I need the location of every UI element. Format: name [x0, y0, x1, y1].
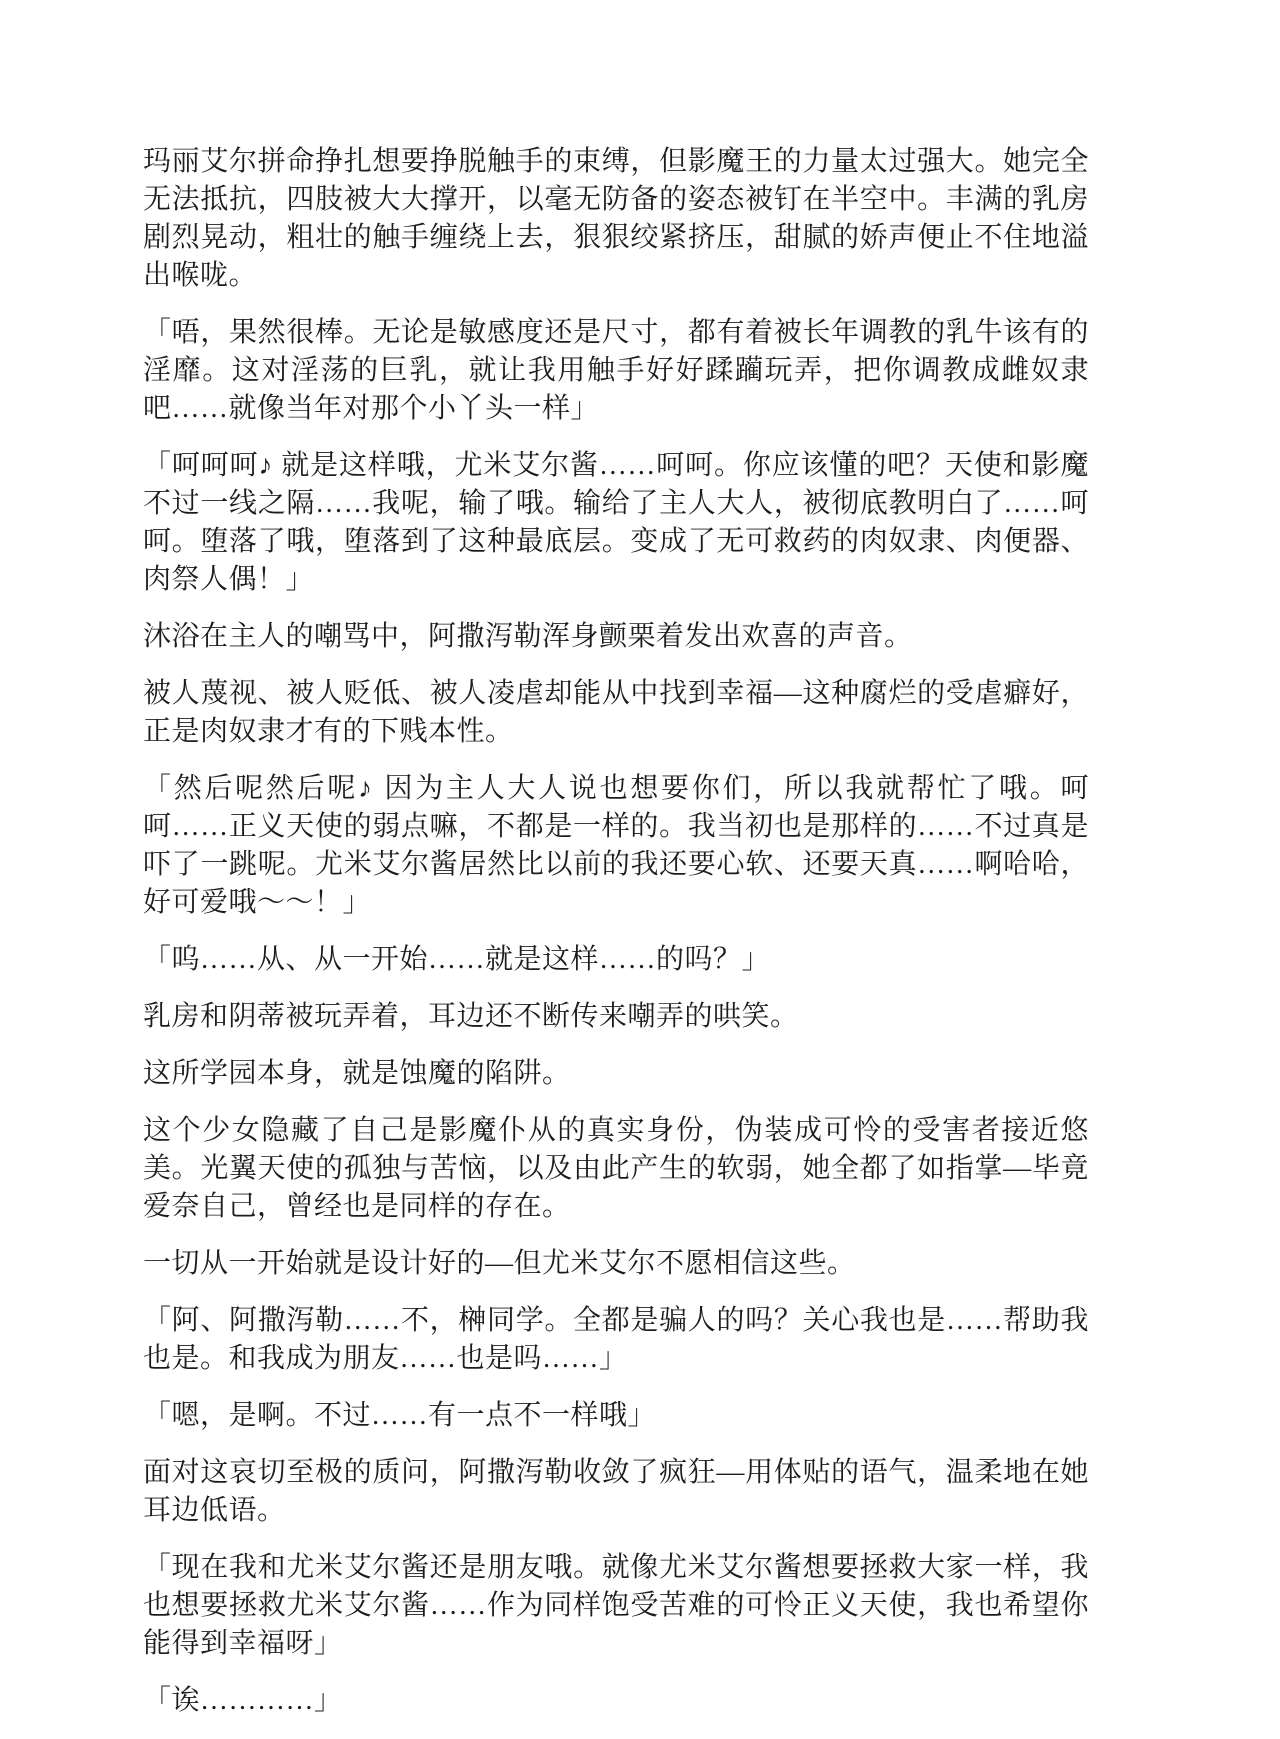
- paragraph-narration-4: 乳房和阴蒂被玩弄着，耳边还不断传来嘲弄的哄笑。: [143, 998, 1089, 1036]
- paragraph-narration-7: 一切从一开始就是设计好的—但尤米艾尔不愿相信这些。: [143, 1245, 1089, 1283]
- paragraph-narration-2: 沐浴在主人的嘲骂中，阿撒泻勒浑身颤栗着发出欢喜的声音。: [143, 618, 1089, 656]
- paragraph-narration-6: 这个少女隐藏了自己是影魔仆从的真实身份，伪装成可怜的受害者接近悠美。光翼天使的孤…: [143, 1112, 1089, 1226]
- paragraph-narration-5: 这所学园本身，就是蚀魔的陷阱。: [143, 1055, 1089, 1093]
- paragraph-dialogue-8: 「诶…………」: [143, 1682, 1089, 1720]
- paragraph-dialogue-3: 「然后呢然后呢♪ 因为主人大人说也想要你们，所以我就帮忙了哦。呵呵……正义天使的…: [143, 770, 1089, 922]
- paragraph-dialogue-5: 「阿、阿撒泻勒……不，榊同学。全都是骗人的吗？关心我也是……帮助我也是。和我成为…: [143, 1302, 1089, 1378]
- paragraph-narration-3: 被人蔑视、被人贬低、被人凌虐却能从中找到幸福—这种腐烂的受虐癖好，正是肉奴隶才有…: [143, 675, 1089, 751]
- paragraph-narration-1: 玛丽艾尔拼命挣扎想要挣脱触手的束缚，但影魔王的力量太过强大。她完全无法抵抗，四肢…: [143, 143, 1089, 295]
- paragraph-dialogue-2: 「呵呵呵♪ 就是这样哦，尤米艾尔酱……呵呵。你应该懂的吧？天使和影魔不过一线之隔…: [143, 447, 1089, 599]
- paragraph-dialogue-4: 「呜……从、从一开始……就是这样……的吗？」: [143, 941, 1089, 979]
- document-page: 玛丽艾尔拼命挣扎想要挣脱触手的束缚，但影魔王的力量太过强大。她完全无法抵抗，四肢…: [143, 143, 1089, 1739]
- paragraph-dialogue-6: 「嗯，是啊。不过……有一点不一样哦」: [143, 1397, 1089, 1435]
- paragraph-narration-8: 面对这哀切至极的质问，阿撒泻勒收敛了疯狂—用体贴的语气，温柔地在她耳边低语。: [143, 1454, 1089, 1530]
- paragraph-dialogue-1: 「唔，果然很棒。无论是敏感度还是尺寸，都有着被长年调教的乳牛该有的淫靡。这对淫荡…: [143, 314, 1089, 428]
- paragraph-dialogue-7: 「现在我和尤米艾尔酱还是朋友哦。就像尤米艾尔酱想要拯救大家一样，我也想要拯救尤米…: [143, 1549, 1089, 1663]
